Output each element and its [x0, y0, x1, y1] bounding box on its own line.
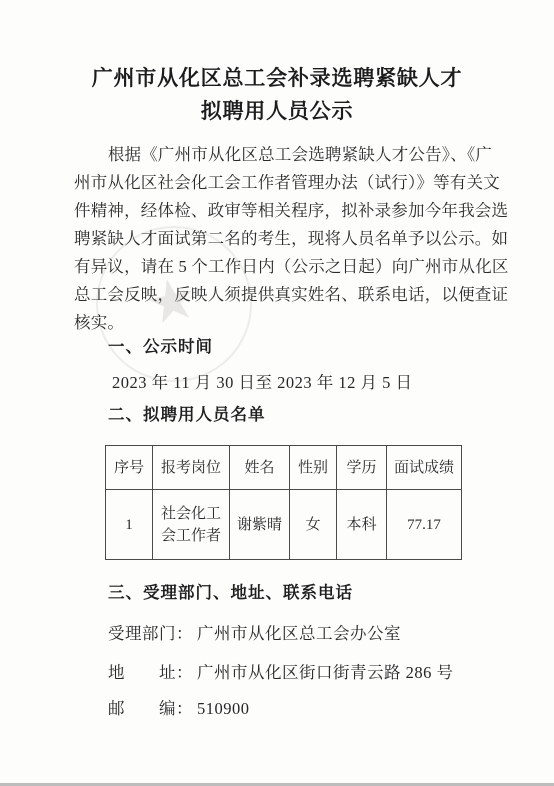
cell-gender: 女: [290, 490, 337, 560]
document-page: ★ 广州市从化区总工会补录选聘紧缺人才 拟聘用人员公示 根据《广州市从化区总工会…: [0, 0, 554, 786]
contact-zipcode-label: 邮 编：: [108, 699, 193, 718]
section-heading-candidate-list: 二、拟聘用人员名单: [108, 406, 554, 424]
header-cell-name: 姓名: [230, 446, 290, 490]
header-cell-education: 学历: [337, 446, 387, 490]
table-data-row: 1 社会化工会工作者 谢紫晴 女 本科 77.17: [106, 490, 462, 560]
cell-interview-score: 77.17: [387, 490, 462, 560]
cell-index: 1: [106, 490, 153, 560]
section-heading-contact-info: 三、受理部门、地址、联系电话: [108, 584, 554, 602]
document-title-line-1: 广州市从化区总工会补录选聘紧缺人才: [0, 62, 554, 95]
paragraph-line: 核实。: [74, 309, 496, 337]
paragraph-line: 件精神，经体检、政审等相关程序，拟补录参加今年我会选: [74, 197, 496, 225]
contact-address-row: 地 址：广州市从化区街口街青云路 286 号: [108, 663, 554, 683]
cell-name: 谢紫晴: [230, 490, 290, 560]
header-cell-position: 报考岗位: [153, 446, 230, 490]
intro-paragraph: 根据《广州市从化区总工会选聘紧缺人才公告》、《广 州市从化区社会化工会工作者管理…: [74, 141, 496, 337]
cell-position: 社会化工会工作者: [153, 490, 230, 560]
paragraph-line: 根据《广州市从化区总工会选聘紧缺人才公告》、《广: [74, 141, 496, 169]
paragraph-line: 州市从化区社会化工会工作者管理办法（试行）》等有关文: [74, 169, 496, 197]
contact-zipcode-row: 邮 编：510900: [108, 699, 554, 719]
contact-department-row: 受理部门：广州市从化区总工会办公室: [108, 624, 554, 644]
paragraph-line: 总工会反映，反映人须提供真实姓名、联系电话，以便查证: [74, 281, 496, 309]
contact-address-label: 地 址：: [108, 663, 193, 682]
publicity-date-range: 2023 年 11 月 30 日至 2023 年 12 月 5 日: [112, 372, 554, 394]
header-cell-index: 序号: [106, 446, 153, 490]
paragraph-line: 聘紧缺人才面试第二名的考生，现将人员名单予以公示。如: [74, 225, 496, 253]
roster-table: 序号 报考岗位 姓名 性别 学历 面试成绩 1 社会化工会工作者 谢紫晴 女 本…: [105, 445, 462, 560]
section-heading-publicity-period: 一、公示时间: [108, 338, 554, 356]
contact-zipcode-value: 510900: [197, 699, 250, 718]
document-title: 广州市从化区总工会补录选聘紧缺人才 拟聘用人员公示: [0, 0, 554, 128]
header-cell-interview-score: 面试成绩: [387, 446, 462, 490]
header-cell-gender: 性别: [290, 446, 337, 490]
table-header-row: 序号 报考岗位 姓名 性别 学历 面试成绩: [106, 446, 462, 490]
contact-department-label: 受理部门：: [108, 624, 193, 643]
cell-education: 本科: [337, 490, 387, 560]
paragraph-line: 有异议，请在 5 个工作日内（公示之日起）向广州市从化区: [74, 253, 496, 281]
contact-address-value: 广州市从化区街口街青云路 286 号: [197, 663, 454, 682]
document-title-line-2: 拟聘用人员公示: [0, 95, 554, 128]
contact-department-value: 广州市从化区总工会办公室: [197, 624, 401, 643]
